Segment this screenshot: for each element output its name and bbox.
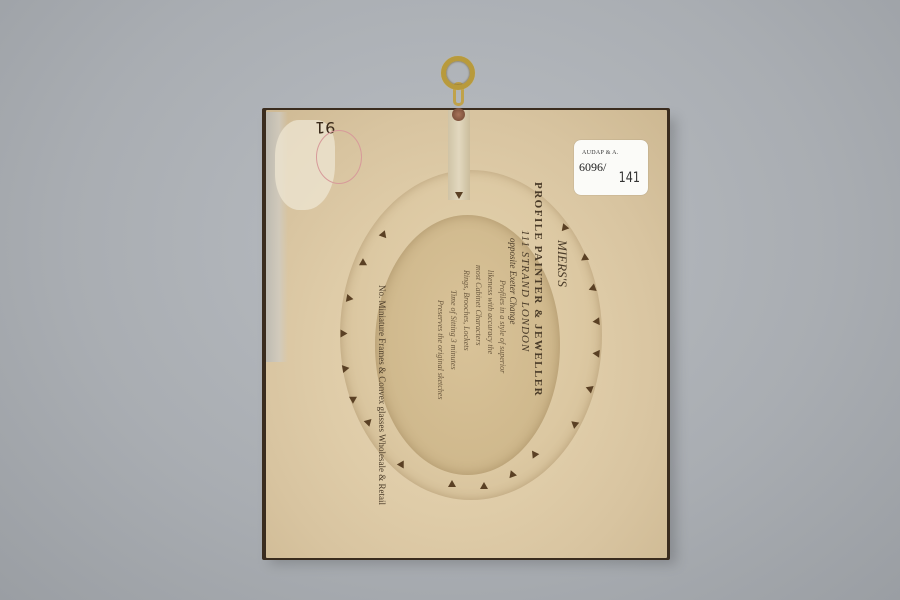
tack-icon xyxy=(341,330,348,338)
lot-code: 6096/ xyxy=(579,160,606,175)
trade-label-footer: No. Miniature Frames & Convex glasses Wh… xyxy=(377,285,387,505)
tack-icon xyxy=(448,480,456,487)
hanging-strap xyxy=(448,110,470,200)
tack-icon xyxy=(480,482,488,489)
hanging-ring-icon xyxy=(441,56,475,90)
script-line: most Cabinet Characters xyxy=(474,265,483,345)
script-line: likeness with accuracy the xyxy=(486,270,495,354)
rivet-icon xyxy=(452,108,465,121)
tack-icon xyxy=(592,349,600,358)
script-line: Profiles in a style of superior xyxy=(498,280,507,373)
script-line: Rings, Brooches, Lockets xyxy=(462,270,471,351)
tack-icon xyxy=(592,317,600,326)
lot-number: 141 xyxy=(619,170,640,186)
trade-label-location: opposite Exeter Change xyxy=(508,238,518,324)
auction-lot-label: AUDAP & A. 6096/ 141 xyxy=(574,140,648,195)
trade-label-name: MIERS'S xyxy=(554,240,570,287)
trade-label-address: 111 STRAND LONDON xyxy=(519,230,531,352)
script-line: Time of Sitting 3 minutes xyxy=(449,290,458,370)
tack-icon xyxy=(455,192,463,199)
red-stamp-circle xyxy=(316,130,362,184)
tack-icon xyxy=(342,364,350,373)
tack-icon xyxy=(346,294,354,303)
auction-house-name: AUDAP & A. xyxy=(582,150,619,156)
photo-scene: 91 PROFILE PAINTER & JEWELLER MIERS'S 11… xyxy=(0,0,900,600)
trade-label-line-1: PROFILE PAINTER & JEWELLER xyxy=(532,182,544,397)
script-line: Preserves the original sketches xyxy=(436,300,445,399)
